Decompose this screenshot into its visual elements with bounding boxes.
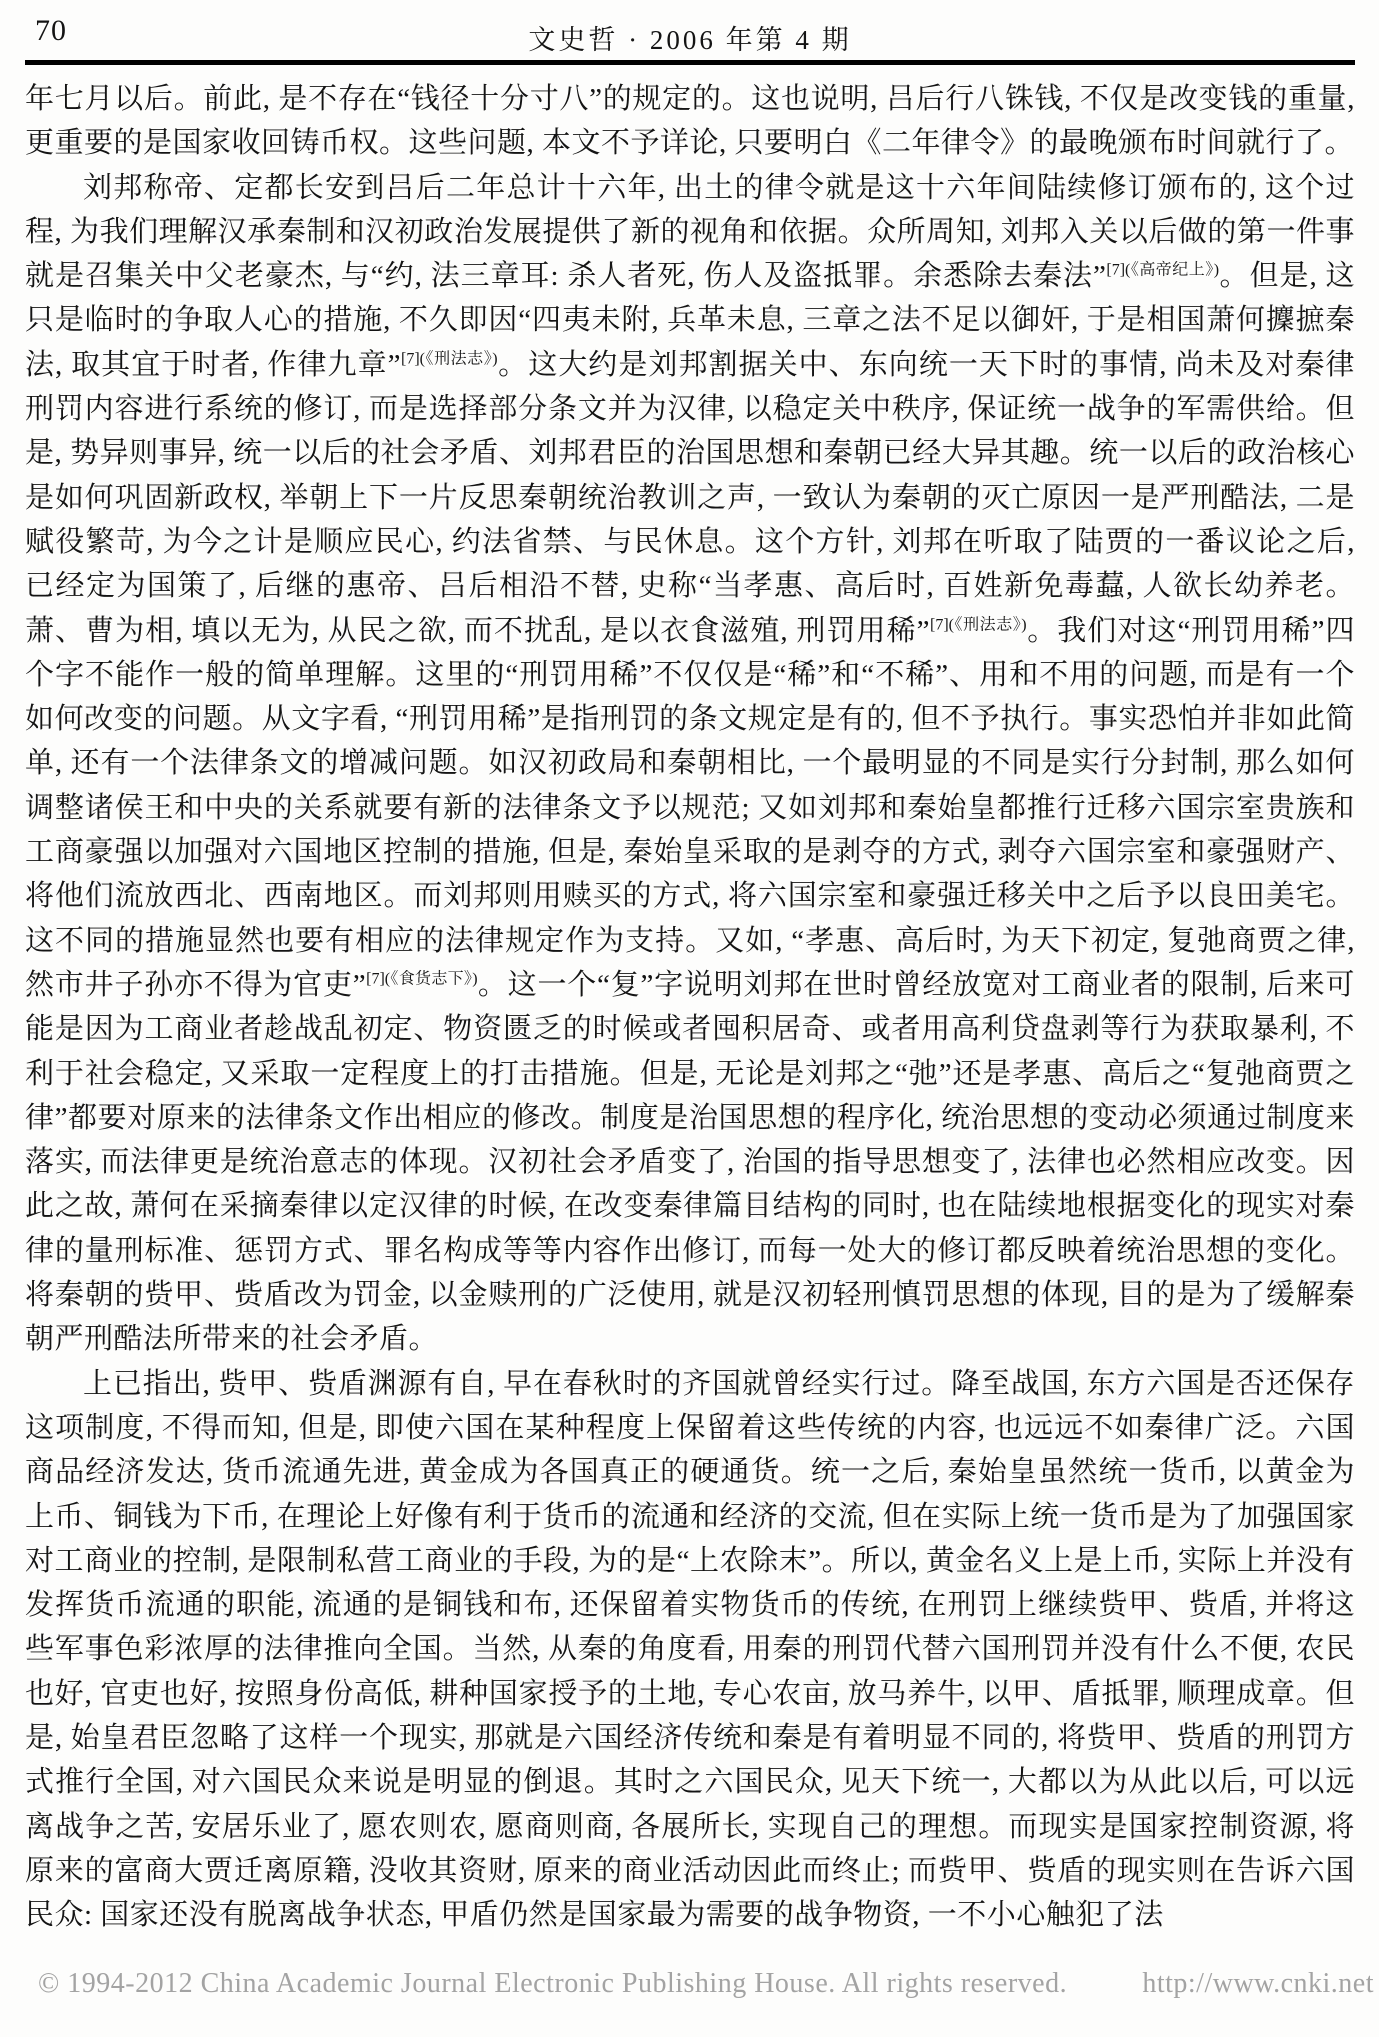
running-head: 70 文史哲 · 2006 年第 4 期 xyxy=(25,10,1355,56)
article-body: 年七月以后。前此, 是不存在“钱径十分寸八”的规定的。这也说明, 吕后行八铢钱,… xyxy=(25,77,1355,1937)
body-text: 。这一个“复”字说明刘邦在世时曾经放宽对工商业者的限制, 后来可能是因为工商业者… xyxy=(25,969,1355,1355)
body-text: 上已指出, 赀甲、赀盾渊源有自, 早在春秋时的齐国就曾经实行过。降至战国, 东方… xyxy=(25,1368,1355,1932)
body-text: 。这大约是刘邦割据关中、东向统一天下时的事情, 尚未及对秦律刑罚内容进行系统的修… xyxy=(25,349,1355,647)
paragraph: 上已指出, 赀甲、赀盾渊源有自, 早在春秋时的齐国就曾经实行过。降至战国, 东方… xyxy=(25,1362,1355,1938)
publisher-url: http://www.cnki.net xyxy=(1142,1968,1374,2000)
body-text: 。我们对这“刑罚用稀”四个字不能作一般的简单理解。这里的“刑罚用稀”不仅仅是“稀… xyxy=(25,615,1355,1001)
paragraph: 年七月以后。前此, 是不存在“钱径十分寸八”的规定的。这也说明, 吕后行八铢钱,… xyxy=(25,77,1355,166)
watermark-footer: © 1994-2012 China Academic Journal Elect… xyxy=(38,1968,1374,2000)
journal-page: 70 文史哲 · 2006 年第 4 期 年七月以后。前此, 是不存在“钱径十分… xyxy=(0,0,1379,2037)
citation-superscript: [7](《食货志下》) xyxy=(366,970,477,987)
citation-superscript: [7](《刑法志》) xyxy=(930,616,1027,633)
body-text: 年七月以后。前此, 是不存在“钱径十分寸八”的规定的。这也说明, 吕后行八铢钱,… xyxy=(25,83,1355,159)
paragraph: 刘邦称帝、定都长安到吕后二年总计十六年, 出土的律令就是这十六年间陆续修订颁布的… xyxy=(25,166,1355,1362)
citation-superscript: [7](《刑法志》) xyxy=(401,350,498,367)
copyright-text: © 1994-2012 China Academic Journal Elect… xyxy=(38,1968,1067,2000)
citation-superscript: [7](《高帝纪上》) xyxy=(1106,262,1219,279)
header-divider xyxy=(25,60,1355,65)
journal-title: 文史哲 · 2006 年第 4 期 xyxy=(25,18,1355,57)
